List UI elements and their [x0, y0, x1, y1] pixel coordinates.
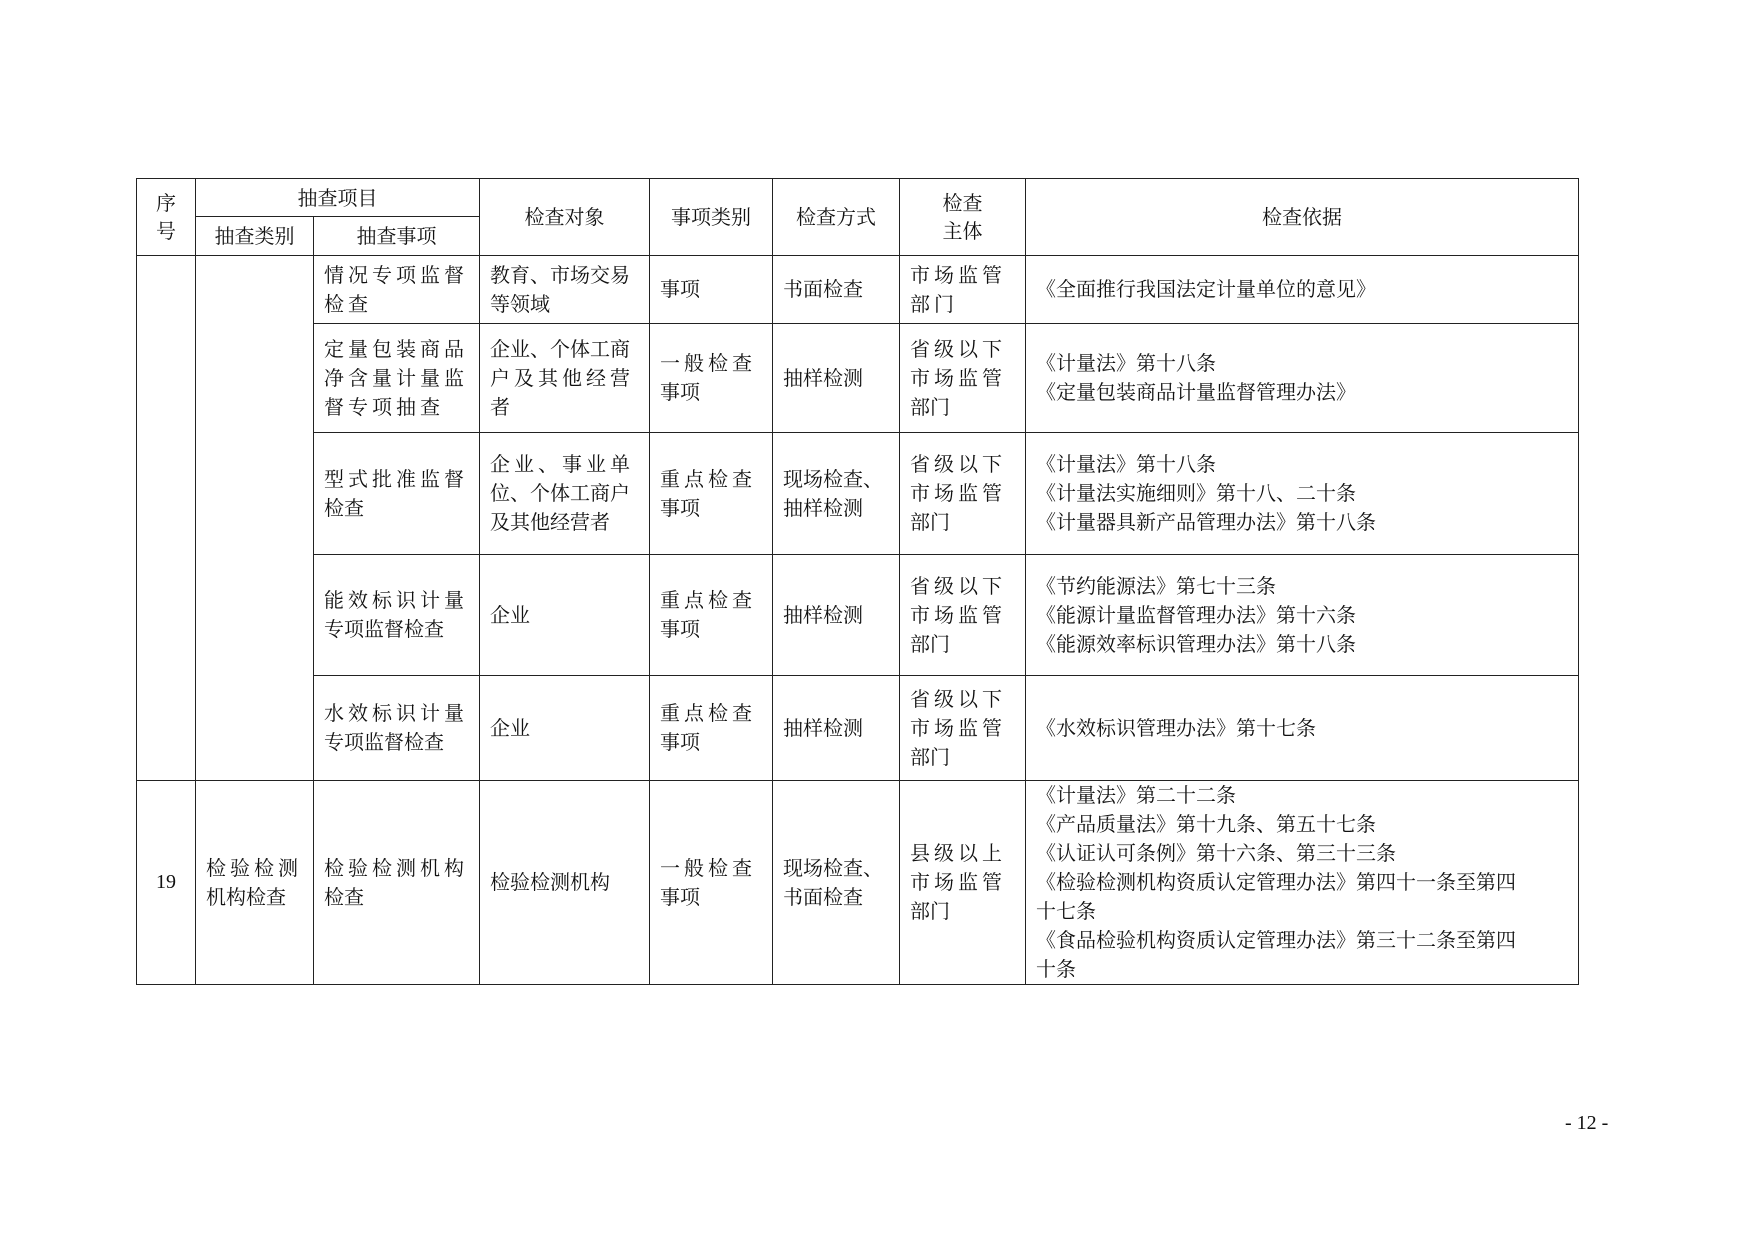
- method-cell: 书面检查: [773, 256, 900, 324]
- item-line: 专项监督检查: [324, 615, 469, 644]
- basis-line: 《计量法实施细则》第十八、二十条: [1036, 479, 1568, 508]
- basis-line: 《全面推行我国法定计量单位的意见》: [1036, 275, 1568, 304]
- subject-line: 县级以上: [910, 839, 1015, 868]
- basis-line: 十条: [1036, 955, 1568, 984]
- subject-line: 省级以下: [910, 450, 1015, 479]
- type-line: 重点检查: [660, 699, 762, 728]
- subject-cell: 市场监管 部门: [900, 256, 1026, 324]
- object-cell: 教育、市场交易 等领域: [480, 256, 650, 324]
- category-cell: [196, 256, 314, 781]
- basis-line: 《食品检验机构资质认定管理办法》第三十二条至第四: [1036, 926, 1568, 955]
- object-cell: 企业: [480, 676, 650, 781]
- header-seq: 序 号: [137, 179, 196, 256]
- object-line: 企业: [490, 714, 639, 743]
- subject-line: 部门: [910, 743, 1015, 772]
- method-line: 书面检查: [783, 883, 889, 912]
- type-cell: 重点检查 事项: [650, 555, 773, 676]
- basis-cell: 《计量法》第十八条 《计量法实施细则》第十八、二十条 《计量器具新产品管理办法》…: [1026, 433, 1579, 555]
- item-line: 型式批准监督: [324, 465, 469, 494]
- subject-line: 部门: [910, 508, 1015, 537]
- basis-line: 《定量包装商品计量监督管理办法》: [1036, 378, 1568, 407]
- item-cell: 检验检测机构 检查: [314, 781, 480, 985]
- basis-cell: 《计量法》第十八条 《定量包装商品计量监督管理办法》: [1026, 324, 1579, 433]
- basis-line: 《检验检测机构资质认定管理办法》第四十一条至第四: [1036, 868, 1568, 897]
- basis-cell: 《水效标识管理办法》第十七条: [1026, 676, 1579, 781]
- header-category: 抽查类别: [196, 217, 314, 256]
- subject-line: 市场监管: [910, 479, 1015, 508]
- subject-line: 省级以下: [910, 572, 1015, 601]
- basis-line: 《能源计量监督管理办法》第十六条: [1036, 601, 1568, 630]
- method-line: 抽样检测: [783, 364, 889, 393]
- method-line: 抽样检测: [783, 601, 889, 630]
- header-seq-line1: 序: [141, 189, 191, 217]
- method-line: 现场检查、: [783, 854, 889, 883]
- subject-line: 部门: [910, 393, 1015, 422]
- method-cell: 抽样检测: [773, 555, 900, 676]
- basis-line: 《计量器具新产品管理办法》第十八条: [1036, 508, 1568, 537]
- seq-cell: [137, 256, 196, 781]
- method-cell: 抽样检测: [773, 676, 900, 781]
- category-line: 检验检测: [206, 854, 303, 883]
- item-line: 检查: [324, 290, 469, 319]
- basis-line: 《节约能源法》第七十三条: [1036, 572, 1568, 601]
- table-row: 能效标识计量 专项监督检查 企业 重点检查 事项 抽样检测 省级以下 市场监管 …: [137, 555, 1579, 676]
- basis-line: 《产品质量法》第十九条、第五十七条: [1036, 810, 1568, 839]
- item-line: 检查: [324, 494, 469, 523]
- category-line: 机构检查: [206, 883, 303, 912]
- object-cell: 检验检测机构: [480, 781, 650, 985]
- table-row: 型式批准监督 检查 企业、事业单 位、个体工商户 及其他经营者 重点检查 事项 …: [137, 433, 1579, 555]
- type-cell: 重点检查 事项: [650, 433, 773, 555]
- subject-line: 市场监管: [910, 868, 1015, 897]
- table-row: 水效标识计量 专项监督检查 企业 重点检查 事项 抽样检测 省级以下 市场监管 …: [137, 676, 1579, 781]
- type-line: 一般检查: [660, 854, 762, 883]
- object-line: 企业、事业单: [490, 450, 639, 479]
- type-line: 事项: [660, 615, 762, 644]
- object-line: 位、个体工商户: [490, 479, 639, 508]
- basis-line: 《认证认可条例》第十六条、第三十三条: [1036, 839, 1568, 868]
- header-method: 检查方式: [773, 179, 900, 256]
- basis-line: 《水效标识管理办法》第十七条: [1036, 714, 1568, 743]
- type-cell: 一般检查 事项: [650, 324, 773, 433]
- subject-cell: 省级以下 市场监管 部门: [900, 676, 1026, 781]
- object-cell: 企业、事业单 位、个体工商户 及其他经营者: [480, 433, 650, 555]
- object-line: 者: [490, 393, 639, 422]
- object-line: 教育、市场交易: [490, 261, 639, 290]
- header-type: 事项类别: [650, 179, 773, 256]
- type-line: 一般检查: [660, 349, 762, 378]
- subject-line: 部门: [910, 290, 1015, 319]
- object-cell: 企业: [480, 555, 650, 676]
- subject-line: 部门: [910, 630, 1015, 659]
- object-line: 企业、个体工商: [490, 335, 639, 364]
- item-line: 检查: [324, 883, 469, 912]
- type-cell: 重点检查 事项: [650, 676, 773, 781]
- header-row-1: 序 号 抽查项目 检查对象 事项类别 检查方式 检查 主体 检查依据: [137, 179, 1579, 217]
- item-line: 情况专项监督: [324, 261, 469, 290]
- subject-line: 市场监管: [910, 261, 1015, 290]
- item-line: 督专项抽查: [324, 393, 469, 422]
- basis-line: 《能源效率标识管理办法》第十八条: [1036, 630, 1568, 659]
- item-line: 能效标识计量: [324, 586, 469, 615]
- item-cell: 型式批准监督 检查: [314, 433, 480, 555]
- object-line: 企业: [490, 601, 639, 630]
- type-line: 事项: [660, 883, 762, 912]
- method-line: 抽样检测: [783, 714, 889, 743]
- header-item: 抽查事项: [314, 217, 480, 256]
- type-line: 事项: [660, 494, 762, 523]
- basis-line: 《计量法》第十八条: [1036, 349, 1568, 378]
- object-cell: 企业、个体工商 户及其他经营 者: [480, 324, 650, 433]
- page-number: - 12 -: [1565, 1112, 1608, 1135]
- seq-cell: 19: [137, 781, 196, 985]
- item-line: 检验检测机构: [324, 854, 469, 883]
- item-line: 净含量计量监: [324, 364, 469, 393]
- table-row: 情况专项监督 检查 教育、市场交易 等领域 事项 书面检查 市场监管 部门 《全…: [137, 256, 1579, 324]
- type-line: 重点检查: [660, 586, 762, 615]
- method-cell: 现场检查、 抽样检测: [773, 433, 900, 555]
- object-line: 及其他经营者: [490, 508, 639, 537]
- header-subject: 检查 主体: [900, 179, 1026, 256]
- subject-cell: 县级以上 市场监管 部门: [900, 781, 1026, 985]
- header-seq-line2: 号: [141, 217, 191, 245]
- type-line: 事项: [660, 378, 762, 407]
- type-cell: 事项: [650, 256, 773, 324]
- subject-line: 市场监管: [910, 601, 1015, 630]
- item-line: 水效标识计量: [324, 699, 469, 728]
- item-cell: 情况专项监督 检查: [314, 256, 480, 324]
- item-cell: 能效标识计量 专项监督检查: [314, 555, 480, 676]
- method-line: 书面检查: [783, 275, 889, 304]
- object-line: 户及其他经营: [490, 364, 639, 393]
- header-subject-line1: 检查: [904, 189, 1021, 217]
- subject-line: 省级以下: [910, 335, 1015, 364]
- basis-line: 十七条: [1036, 897, 1568, 926]
- basis-cell: 《全面推行我国法定计量单位的意见》: [1026, 256, 1579, 324]
- subject-line: 省级以下: [910, 685, 1015, 714]
- subject-cell: 省级以下 市场监管 部门: [900, 433, 1026, 555]
- item-cell: 水效标识计量 专项监督检查: [314, 676, 480, 781]
- type-line: 重点检查: [660, 465, 762, 494]
- subject-line: 部门: [910, 897, 1015, 926]
- subject-cell: 省级以下 市场监管 部门: [900, 555, 1026, 676]
- subject-line: 市场监管: [910, 364, 1015, 393]
- method-line: 抽样检测: [783, 494, 889, 523]
- basis-cell: 《节约能源法》第七十三条 《能源计量监督管理办法》第十六条 《能源效率标识管理办…: [1026, 555, 1579, 676]
- header-item-group: 抽查项目: [196, 179, 480, 217]
- inspection-table: 序 号 抽查项目 检查对象 事项类别 检查方式 检查 主体 检查依据 抽查类别 …: [136, 178, 1579, 985]
- subject-line: 市场监管: [910, 714, 1015, 743]
- document-page: 序 号 抽查项目 检查对象 事项类别 检查方式 检查 主体 检查依据 抽查类别 …: [0, 0, 1754, 1241]
- item-line: 定量包装商品: [324, 335, 469, 364]
- method-cell: 现场检查、 书面检查: [773, 781, 900, 985]
- basis-line: 《计量法》第二十二条: [1036, 781, 1568, 810]
- header-subject-line2: 主体: [904, 217, 1021, 245]
- header-basis: 检查依据: [1026, 179, 1579, 256]
- basis-cell: 《计量法》第二十二条 《产品质量法》第十九条、第五十七条 《认证认可条例》第十六…: [1026, 781, 1579, 985]
- item-line: 专项监督检查: [324, 728, 469, 757]
- method-cell: 抽样检测: [773, 324, 900, 433]
- type-cell: 一般检查 事项: [650, 781, 773, 985]
- category-cell: 检验检测 机构检查: [196, 781, 314, 985]
- subject-cell: 省级以下 市场监管 部门: [900, 324, 1026, 433]
- table-row: 19 检验检测 机构检查 检验检测机构 检查 检验检测机构 一般检查 事项 现场…: [137, 781, 1579, 985]
- type-line: 事项: [660, 275, 762, 304]
- method-line: 现场检查、: [783, 465, 889, 494]
- object-line: 等领域: [490, 290, 639, 319]
- item-cell: 定量包装商品 净含量计量监 督专项抽查: [314, 324, 480, 433]
- basis-line: 《计量法》第十八条: [1036, 450, 1568, 479]
- header-object: 检查对象: [480, 179, 650, 256]
- object-line: 检验检测机构: [490, 868, 639, 897]
- table-row: 定量包装商品 净含量计量监 督专项抽查 企业、个体工商 户及其他经营 者 一般检…: [137, 324, 1579, 433]
- type-line: 事项: [660, 728, 762, 757]
